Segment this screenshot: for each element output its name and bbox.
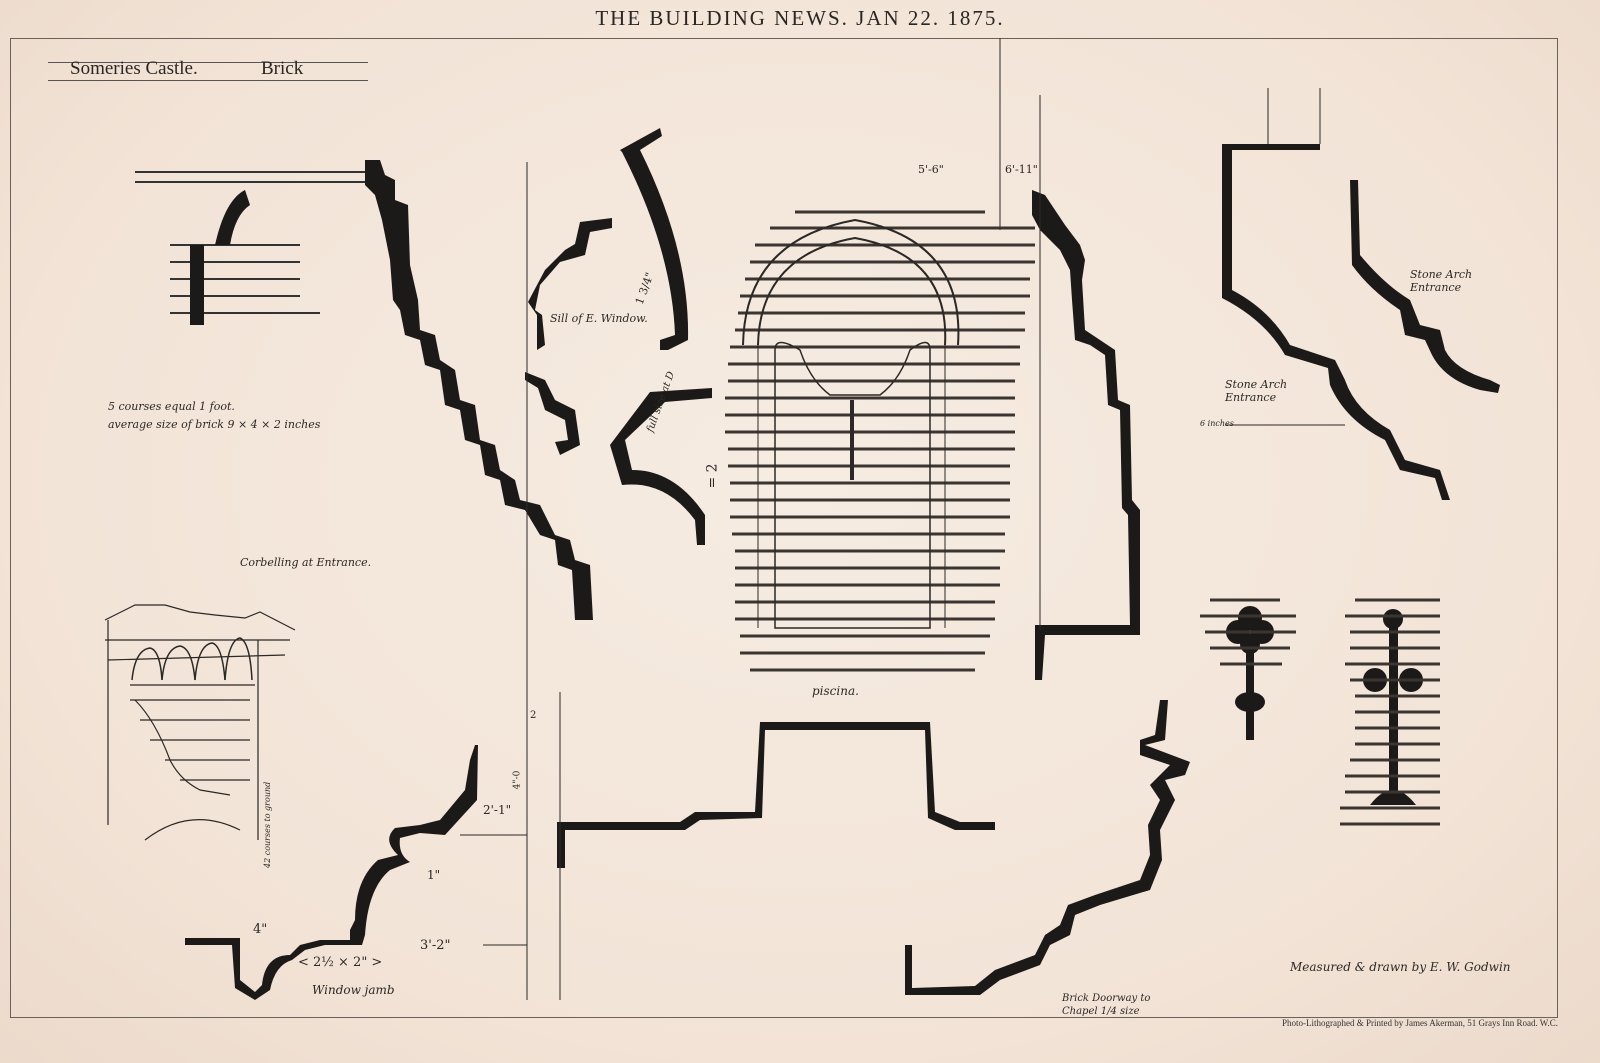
dimension-label: 3'-2" [420,938,451,953]
piscina-plan [557,722,995,868]
corbelling-caption: Corbelling at Entrance. [240,556,371,569]
dimension-label: 2 [530,710,536,721]
courses-to-ground-note: 42 courses to ground [263,782,272,868]
measured-by-signature: Measured & drawn by E. W. Godwin [1290,960,1511,974]
dimension-label: 6'-11" [1005,163,1038,176]
piscina-wall-profile [1032,190,1140,680]
brick-courses-note: 5 courses equal 1 foot. [108,400,235,413]
dimension-label: < 2½ × 2" > [298,955,382,970]
east-window-caption: Sill of E. Window. [550,312,648,325]
dimension-label: 4" [253,922,267,937]
window-jamb-caption: Window jamb [312,983,395,997]
east-window-sill-profile [528,218,612,350]
stone-arch-caption-2: Stone Arch Entrance [1410,268,1490,294]
dimension-label: 4"-0 [512,771,522,790]
architectural-drawings [0,0,1600,1063]
dimension-label: 5'-6" [918,163,944,176]
corbel-detail-drawing [135,172,375,325]
piscina-elevation [725,212,1035,670]
stone-arch-caption-1: Stone Arch Entrance [1225,378,1295,404]
chapel-doorway-profile [905,700,1190,995]
dimension-label: = 2 [705,463,721,488]
dimension-label: 1" [427,868,440,882]
wall-profile [365,160,593,620]
chapel-doorway-caption: Brick Doorway to Chapel 1/4 size [1062,992,1172,1018]
dimension-label: 2'-1" [483,803,511,817]
quatrefoil-window [1226,606,1274,740]
piscina-caption: piscina. [812,684,859,698]
scale-label: 6 inches [1200,419,1234,428]
brick-size-note: average size of brick 9 × 4 × 2 inches [108,418,320,431]
printer-imprint: Photo-Lithographed & Printed by James Ak… [1282,1018,1558,1028]
hook-profile [525,372,580,455]
